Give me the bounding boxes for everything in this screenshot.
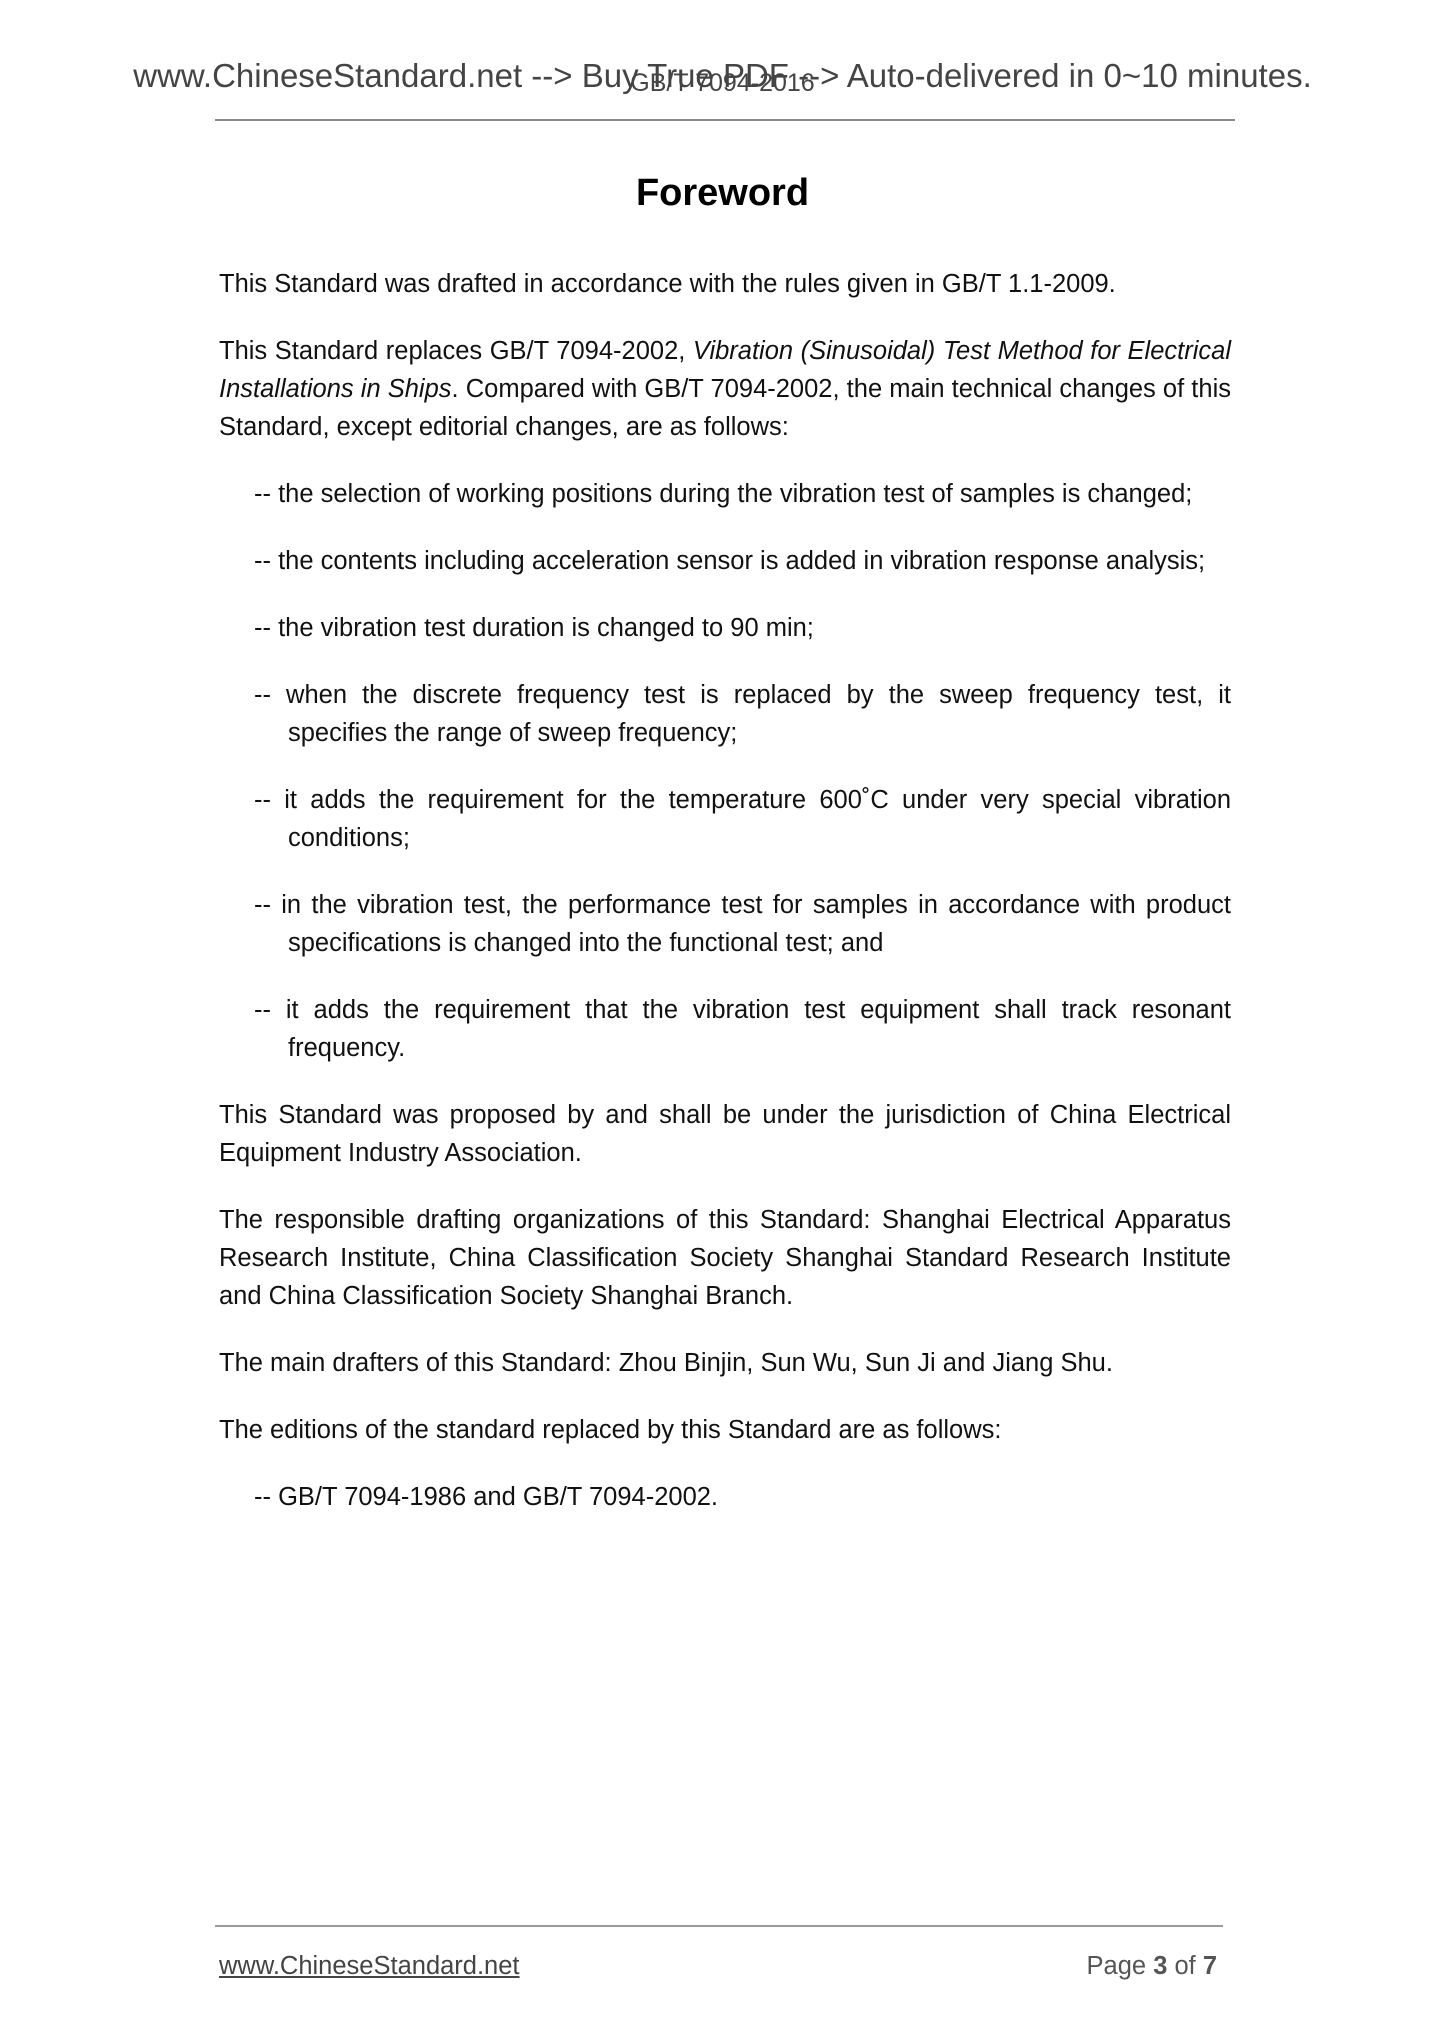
page-current: 3 — [1153, 1952, 1167, 1980]
edition-item: -- GB/T 7094-1986 and GB/T 7094-2002. — [254, 1478, 1231, 1516]
change-item: -- the contents including acceleration s… — [254, 542, 1231, 580]
replaces-text: This Standard replaces GB/T 7094-2002, — [219, 337, 693, 365]
paragraph-jurisdiction: This Standard was proposed by and shall … — [219, 1096, 1231, 1172]
footer-divider — [215, 1925, 1223, 1927]
document-code: GB/T 7094-2016 — [0, 68, 1445, 98]
header-divider — [215, 119, 1235, 121]
paragraph-drafting-organizations: The responsible drafting organizations o… — [219, 1201, 1231, 1315]
paragraph-replaces: This Standard replaces GB/T 7094-2002, V… — [219, 332, 1231, 446]
change-item: -- the selection of working positions du… — [254, 475, 1231, 513]
change-item: -- in the vibration test, the performanc… — [254, 886, 1231, 962]
paragraph-drafters: The main drafters of this Standard: Zhou… — [219, 1344, 1231, 1382]
paragraph-editions-intro: The editions of the standard replaced by… — [219, 1411, 1231, 1449]
foreword-body: This Standard was drafted in accordance … — [219, 265, 1231, 1545]
page-prefix: Page — [1087, 1952, 1154, 1980]
footer-site-link[interactable]: www.ChineseStandard.net — [219, 1950, 520, 1982]
page-total: 7 — [1203, 1952, 1217, 1980]
page-header: www.ChineseStandard.net --> Buy True PDF… — [0, 0, 1445, 130]
page-number: Page 3 of 7 — [1087, 1950, 1217, 1982]
change-item: -- when the discrete frequency test is r… — [254, 676, 1231, 752]
page-title: Foreword — [0, 170, 1445, 216]
paragraph-drafting-rules: This Standard was drafted in accordance … — [219, 265, 1231, 303]
change-item: -- it adds the requirement for the tempe… — [254, 781, 1231, 857]
page-of: of — [1167, 1952, 1202, 1980]
change-item: -- the vibration test duration is change… — [254, 609, 1231, 647]
change-item: -- it adds the requirement that the vibr… — [254, 991, 1231, 1067]
